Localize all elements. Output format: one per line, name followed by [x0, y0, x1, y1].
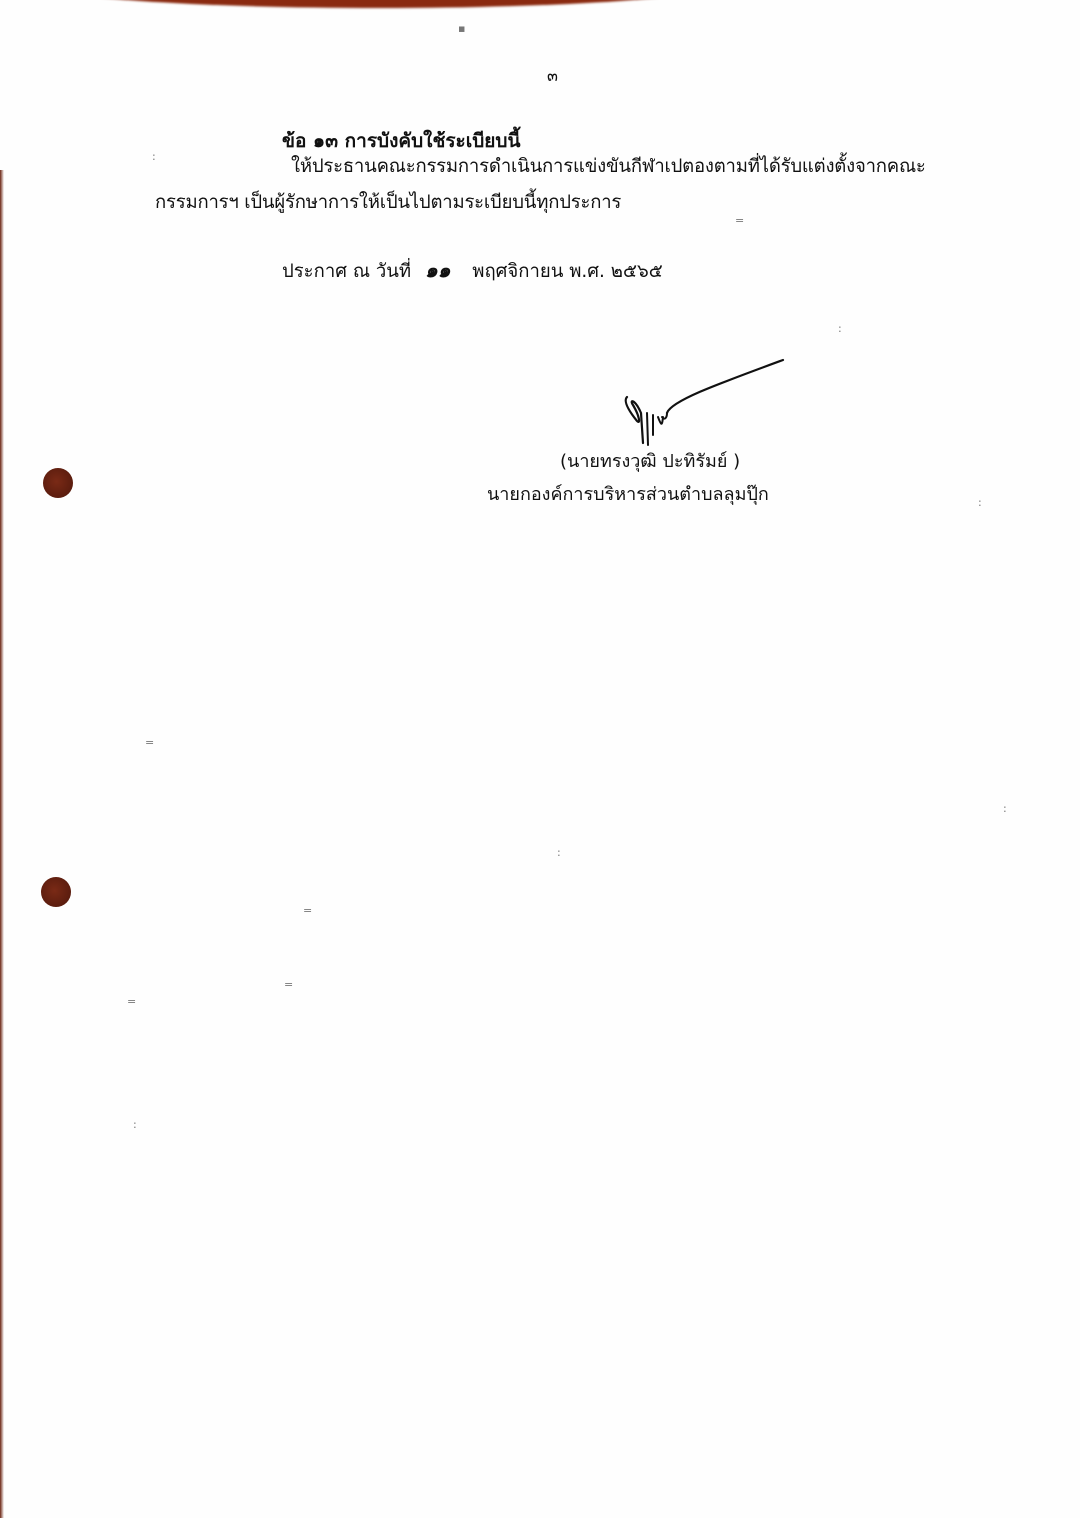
scan-speck: ▪: [458, 22, 465, 35]
scan-speck: =: [284, 978, 293, 991]
scan-speck: :: [152, 150, 156, 163]
scan-speck: :: [1003, 802, 1007, 815]
signatory-name: (นายทรงวุฒิ ปะทิรัมย์ ): [560, 446, 740, 475]
punch-hole: [43, 468, 73, 498]
scan-speck: :: [978, 496, 982, 509]
paragraph-line: ให้ประธานคณะกรรมการดำเนินการแข่งขันกีฬาเ…: [291, 152, 926, 181]
document-page: ▪ : = : : = : : = = = : ๓ ข้อ ๑๓ การบังค…: [0, 0, 1080, 1518]
scan-speck: =: [303, 904, 312, 917]
page-number: ๓: [547, 64, 558, 89]
scan-speck: =: [735, 214, 744, 227]
announcement-date: ประกาศ ณ วันที่ ๑๑ พฤศจิกายน พ.ศ. ๒๕๖๕: [282, 254, 663, 286]
scan-speck: :: [133, 1118, 137, 1131]
scan-speck: :: [838, 322, 842, 335]
scan-speck: =: [127, 995, 136, 1008]
signature: [615, 355, 790, 450]
background-edge-left: [0, 170, 4, 1518]
handwritten-day: ๑๑: [425, 258, 450, 282]
announcement-month-year: พฤศจิกายน พ.ศ. ๒๕๖๕: [472, 261, 662, 282]
scan-speck: =: [145, 736, 154, 749]
punch-hole: [41, 877, 71, 907]
scan-speck: :: [557, 846, 561, 859]
background-edge-top: [40, 0, 720, 8]
paragraph-line: กรรมการฯ เป็นผู้รักษาการให้เป็นไปตามระเบ…: [155, 188, 621, 217]
announcement-prefix: ประกาศ ณ วันที่: [282, 261, 411, 282]
signatory-position: นายกองค์การบริหารส่วนตำบลลุมปุ๊ก: [487, 479, 769, 508]
